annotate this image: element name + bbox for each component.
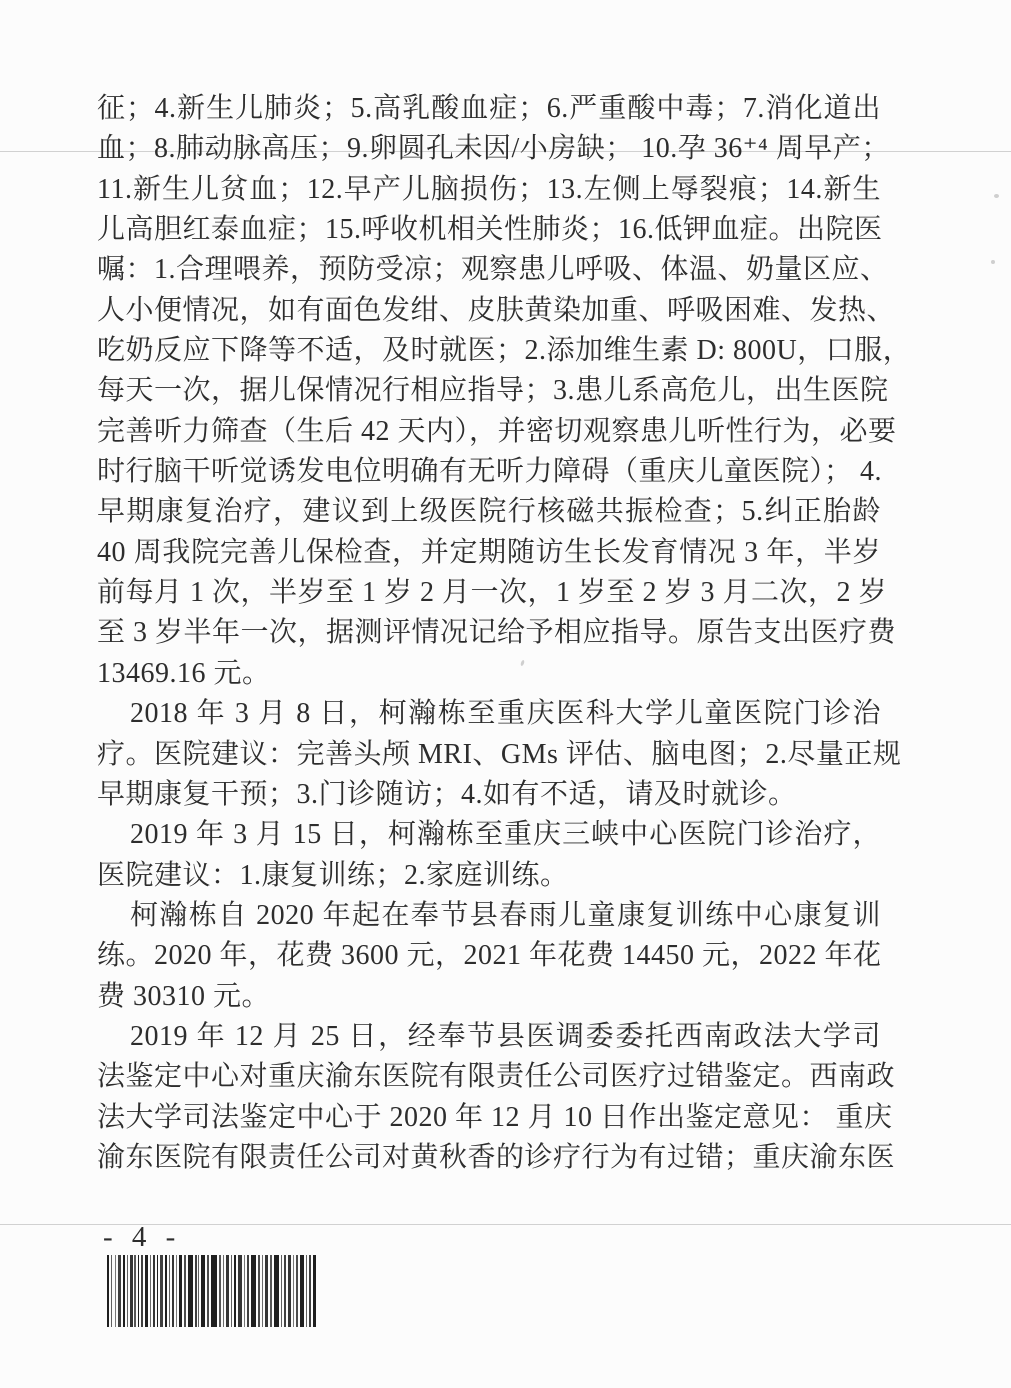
text-line: 疗。医院建议：完善头颅 MRI、GMs 评估、脑电图；2.尽量正规 [97,735,881,775]
text-line: 至 3 岁半年一次，据测评情况记给予相应指导。原告支出医疗费 [97,613,881,653]
text-line: 费 30310 元。 [97,977,881,1017]
page-number-label: - 4 - [103,1220,181,1254]
text-line: 血；8.肺动脉高压；9.卵圆孔未因/小房缺； 10.孕 36⁺⁴ 周早产； [97,129,881,169]
text-line: 2019 年 3 月 15 日，柯瀚栋至重庆三峡中心医院门诊治疗， [97,815,881,855]
text-line: 儿高胆红泰血症；15.呼收机相关性肺炎；16.低钾血症。出院医 [97,210,881,250]
text-line: 早期康复治疗，建议到上级医院行核磁共振检查；5.纠正胎龄 [97,492,881,532]
document-body: 征；4.新生儿肺炎；5.高乳酸血症；6.严重酸中毒；7.消化道出血；8.肺动脉高… [97,89,881,1178]
text-line: 渝东医院有限责任公司对黄秋香的诊疗行为有过错；重庆渝东医 [97,1138,881,1178]
text-line: 医院建议：1.康复训练；2.家庭训练。 [97,856,881,896]
scan-speck [994,194,999,198]
text-line: 每天一次，据儿保情况行相应指导；3.患儿系高危儿，出生医院 [97,371,881,411]
text-line: 时行脑干听觉诱发电位明确有无听力障碍（重庆儿童医院）； 4. [97,452,881,492]
text-line: 嘱：1.合理喂养，预防受凉；观察患儿呼吸、体温、奶量区应、 [97,250,881,290]
text-line: 征；4.新生儿肺炎；5.高乳酸血症；6.严重酸中毒；7.消化道出 [97,89,881,129]
text-line: 柯瀚栋自 2020 年起在奉节县春雨儿童康复训练中心康复训 [97,896,881,936]
text-line: 吃奶反应下降等不适，及时就医；2.添加维生素 D: 800U，口服， [97,331,881,371]
text-line: 完善听力筛查（生后 42 天内），并密切观察患儿听性行为，必要 [97,412,881,452]
text-line: 前每月 1 次，半岁至 1 岁 2 月一次，1 岁至 2 岁 3 月二次，2 岁 [97,573,881,613]
text-line: 法鉴定中心对重庆渝东医院有限责任公司医疗过错鉴定。西南政 [97,1057,881,1097]
text-line: 练。2020 年，花费 3600 元，2021 年花费 14450 元，2022… [97,936,881,976]
text-line: 13469.16 元。 [97,654,881,694]
scan-speck [991,260,995,264]
barcode [107,1255,316,1327]
text-line: 2019 年 12 月 25 日，经奉节县医调委委托西南政法大学司 [97,1017,881,1057]
text-line: 法大学司法鉴定中心于 2020 年 12 月 10 日作出鉴定意见： 重庆 [97,1098,881,1138]
scanned-document-page: 征；4.新生儿肺炎；5.高乳酸血症；6.严重酸中毒；7.消化道出血；8.肺动脉高… [0,0,1011,1388]
text-line: 人小便情况，如有面色发绀、皮肤黄染加重、呼吸困难、发热、 [97,291,881,331]
text-line: 11.新生儿贫血；12.早产儿脑损伤；13.左侧上辱裂痕；14.新生 [97,170,881,210]
text-line: 40 周我院完善儿保检查，并定期随访生长发育情况 3 年，半岁 [97,533,881,573]
text-line: 2018 年 3 月 8 日，柯瀚栋至重庆医科大学儿童医院门诊治 [97,694,881,734]
text-line: 早期康复干预；3.门诊随访；4.如有不适，请及时就诊。 [97,775,881,815]
